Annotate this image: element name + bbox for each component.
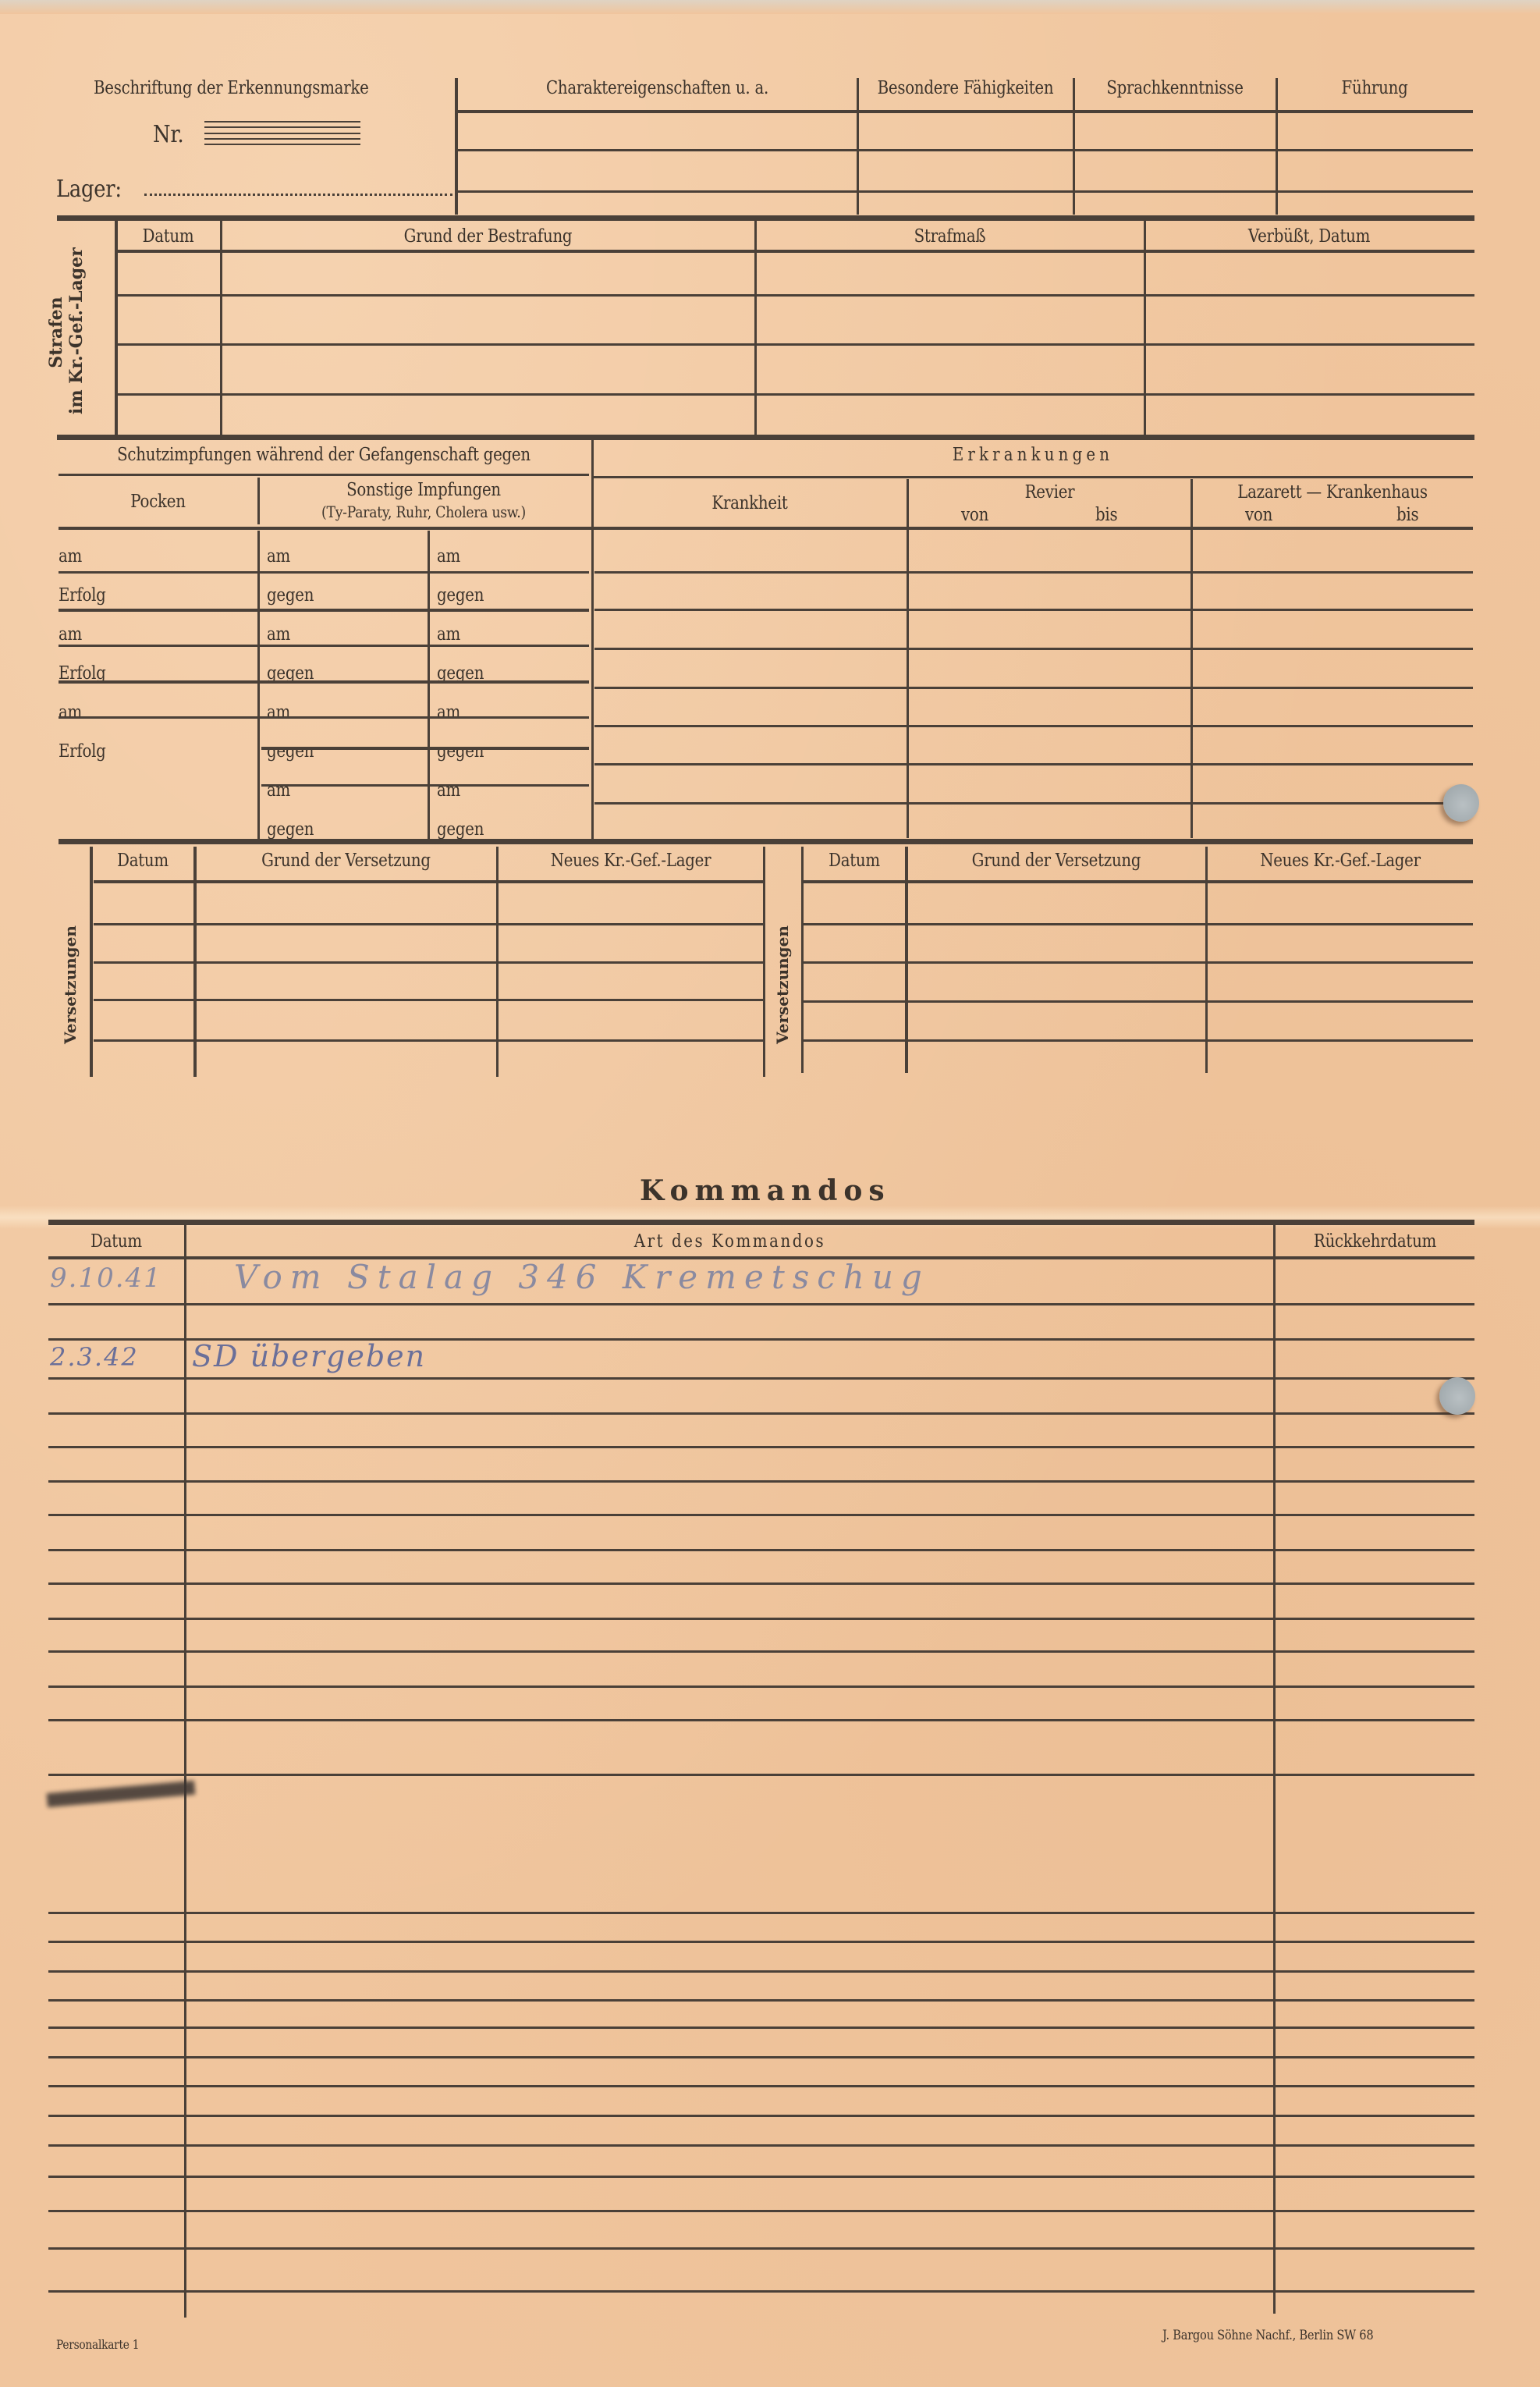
kommandos-col-rueckkehr: Rückkehrdatum: [1290, 1231, 1460, 1252]
entry-datum: 9.10.41: [50, 1263, 162, 1294]
erkrankungen-row[interactable]: [594, 609, 1473, 611]
impfungen-title: Schutzimpfungen während der Gefangenscha…: [96, 445, 552, 465]
col-pocken: Pocken: [73, 492, 243, 512]
versetzung-row[interactable]: [94, 1039, 763, 1042]
kommando-row[interactable]: [48, 1338, 1474, 1341]
kommando-row[interactable]: [48, 1549, 1474, 1551]
sonstige-row[interactable]: gegen: [437, 819, 484, 840]
kommando-row[interactable]: [48, 1582, 1474, 1585]
strafen-row[interactable]: [117, 343, 1474, 346]
entry-datum: 2.3.42: [50, 1342, 139, 1372]
strafen-col-grund: Grund der Bestrafung: [259, 226, 717, 247]
nr-label: Nr.: [153, 121, 184, 148]
kommando-row[interactable]: [48, 1377, 1474, 1380]
sonstige-row[interactable]: gegen: [267, 819, 314, 840]
kommando-row[interactable]: [48, 2085, 1474, 2087]
sonstige-row[interactable]: am: [267, 624, 290, 645]
lager-field[interactable]: [144, 194, 452, 196]
erkrankungen-row[interactable]: [594, 763, 1473, 765]
sonstige-row[interactable]: am: [267, 546, 290, 567]
kommando-row[interactable]: [48, 1446, 1474, 1448]
strafen-row[interactable]: [117, 294, 1474, 297]
sonstige-row[interactable]: gegen: [437, 741, 484, 762]
kommando-row[interactable]: [48, 1303, 1474, 1305]
kommandos-col-datum: Datum: [58, 1231, 175, 1252]
versetzung-row[interactable]: [804, 1000, 1473, 1003]
versetzung-row[interactable]: [94, 961, 763, 964]
versetzung-row[interactable]: [94, 923, 763, 925]
strafen-col-datum: Datum: [123, 226, 212, 247]
kommando-row[interactable]: [48, 1685, 1474, 1688]
kommando-row[interactable]: [48, 1412, 1474, 1415]
kommando-row[interactable]: [48, 1941, 1474, 1943]
sonstige-row[interactable]: am: [437, 624, 460, 645]
kommando-row[interactable]: [48, 2247, 1474, 2250]
vers-left-col-lager: Neues Kr.-Gef.-Lager: [517, 851, 745, 871]
erkrankungen-row[interactable]: [594, 648, 1473, 650]
kommando-row[interactable]: [48, 1970, 1474, 1973]
col-revier: Revier: [928, 482, 1170, 503]
vers-right-col-datum: Datum: [811, 851, 898, 871]
pocken-row[interactable]: Erfolg: [59, 585, 106, 606]
vers-right-col-grund: Grund der Versetzung: [928, 851, 1185, 871]
kommando-row[interactable]: [48, 2210, 1474, 2212]
strafen-row[interactable]: [117, 393, 1474, 396]
kommandos-col-art: Art des Kommandos: [263, 1231, 1198, 1252]
revier-bis: bis: [1095, 505, 1117, 525]
vers-left-col-grund: Grund der Versetzung: [217, 851, 475, 871]
pocken-row[interactable]: am: [59, 546, 82, 567]
erkrankungen-row[interactable]: [594, 687, 1473, 689]
entry-art: Vom Stalag 346 Kremetschug: [234, 1258, 930, 1296]
kommando-row[interactable]: [48, 1912, 1474, 1914]
kommando-row[interactable]: [48, 1480, 1474, 1483]
sonstige-row[interactable]: am: [267, 780, 290, 801]
col-fuehrung: Führung: [1291, 78, 1459, 98]
col-sonstige-sub: (Ty-Paraty, Ruhr, Cholera usw.): [282, 503, 564, 521]
punch-hole: [1439, 1377, 1475, 1415]
col-charakter: Charaktereigenschaften u. a.: [484, 78, 830, 98]
col-faehigkeiten: Besondere Fähigkeiten: [873, 78, 1058, 98]
lazarett-bis: bis: [1396, 505, 1418, 525]
versetzung-row[interactable]: [804, 923, 1473, 925]
erkrankungen-row[interactable]: [594, 725, 1473, 727]
sonstige-row[interactable]: am: [437, 702, 460, 723]
versetzung-row[interactable]: [804, 1039, 1473, 1042]
kommando-row[interactable]: [48, 2290, 1474, 2293]
versetzungen-side-label-left: Versetzungen: [61, 907, 80, 1063]
strafen-col-strafmass: Strafmaß: [783, 226, 1116, 247]
vers-right-col-lager: Neues Kr.-Gef.-Lager: [1226, 851, 1454, 871]
pocken-row[interactable]: Erfolg: [59, 741, 106, 762]
kommando-row[interactable]: [48, 2176, 1474, 2178]
sonstige-row[interactable]: gegen: [267, 741, 314, 762]
ink-smudge: [47, 1781, 196, 1807]
form-id: Personalkarte 1: [56, 2337, 139, 2352]
versetzung-row[interactable]: [94, 999, 763, 1001]
lazarett-von: von: [1245, 505, 1272, 525]
kommando-row[interactable]: [48, 2115, 1474, 2117]
erkrankungen-row[interactable]: [594, 571, 1473, 574]
kommando-row[interactable]: [48, 1514, 1474, 1516]
strafen-col-verbuesst: Verbüßt, Datum: [1168, 226, 1450, 247]
erkennungsmarke-label: Beschriftung der Erkennungsmarke: [94, 78, 369, 98]
kommando-row[interactable]: [48, 1774, 1474, 1776]
punch-hole: [1443, 784, 1479, 822]
paper-fold: [0, 1206, 1540, 1229]
kommando-row[interactable]: [48, 1719, 1474, 1721]
erkrankungen-title: Erkrankungen: [655, 445, 1411, 465]
pocken-row[interactable]: am: [59, 624, 82, 645]
lager-label: Lager:: [56, 176, 122, 203]
pocken-row[interactable]: am: [59, 702, 82, 723]
versetzung-row[interactable]: [804, 961, 1473, 964]
entry-art: SD übergeben: [192, 1339, 426, 1373]
strafen-side-label: Strafen im Kr.-Gef.-Lager: [46, 250, 87, 414]
col-krankheit: Krankheit: [615, 493, 885, 513]
col-sonstige: Sonstige Impfungen: [282, 480, 564, 500]
col-sprachkenntnisse: Sprachkenntnisse: [1088, 78, 1261, 98]
kommando-row[interactable]: [48, 1618, 1474, 1620]
col-lazarett: Lazarett — Krankenhaus: [1212, 482, 1453, 503]
versetzungen-side-label-right: Versetzungen: [773, 907, 792, 1063]
kommandos-title: Kommandos: [640, 1174, 891, 1207]
erkrankungen-row[interactable]: [594, 802, 1473, 805]
torn-top-edge: [0, 0, 1540, 14]
sonstige-row[interactable]: am: [437, 780, 460, 801]
vers-left-col-datum: Datum: [99, 851, 186, 871]
kommando-row[interactable]: [48, 2056, 1474, 2058]
kommando-row[interactable]: [48, 1650, 1474, 1653]
sonstige-row[interactable]: am: [437, 546, 460, 567]
sonstige-row[interactable]: am: [267, 702, 290, 723]
kommando-row[interactable]: [48, 1999, 1474, 2002]
printer-imprint: J. Bargou Söhne Nachf., Berlin SW 68: [1162, 2328, 1373, 2343]
sonstige-row[interactable]: gegen: [437, 585, 484, 606]
sonstige-row[interactable]: gegen: [267, 585, 314, 606]
kommando-row[interactable]: [48, 2026, 1474, 2029]
kommando-row[interactable]: [48, 2144, 1474, 2147]
revier-von: von: [961, 505, 988, 525]
